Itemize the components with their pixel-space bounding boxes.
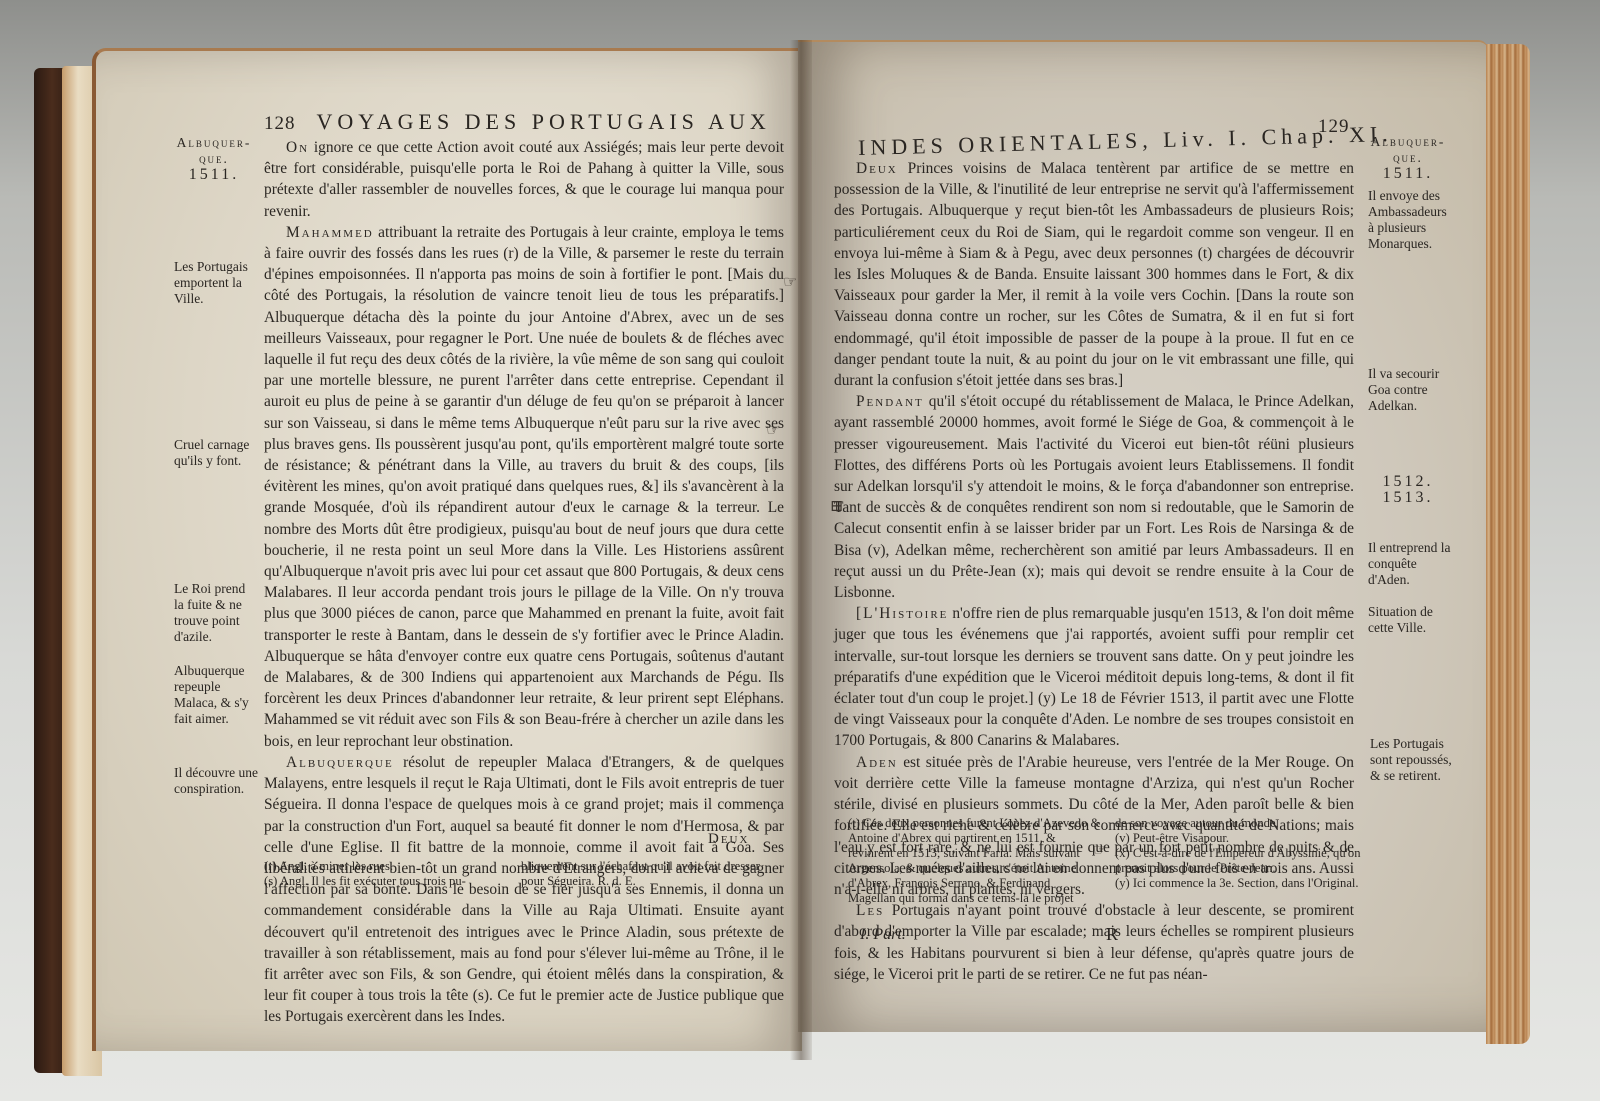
- margin-head-albuquerque: Albuquer- que. 1511.: [172, 135, 256, 183]
- left-running-head: 128 VOYAGES DES PORTUGAIS AUX: [264, 109, 771, 135]
- paragraph: Les Portugais n'ayant point trouvé d'obs…: [834, 900, 1354, 985]
- cross-mark-icon: ⊞: [830, 496, 843, 516]
- right-footnotes: (t) Ces deux personnes furent Lopez d'Az…: [848, 816, 1368, 906]
- right-running-head: INDES ORIENTALES, Liv. I. Chap. XI.: [858, 121, 1393, 161]
- right-page: INDES ORIENTALES, Liv. I. Chap. XI. 129 …: [798, 40, 1488, 1032]
- footnote: bliquement sur l'échafaut qu'il avoit fa…: [521, 859, 764, 889]
- margin-head-albuquerque: Albuquer- que. 1511.: [1366, 134, 1450, 182]
- right-page-edges: [1486, 44, 1530, 1044]
- margin-note: Cruel carnage qu'ils y font.: [174, 437, 258, 469]
- margin-note: Le Roi prend la fuite & ne trouve point …: [174, 581, 258, 645]
- footnote: de son voyage autour du monde.: [1115, 816, 1368, 831]
- paragraph: Deux Princes voisins de Malaca tentèrent…: [834, 158, 1354, 391]
- margin-note: Il entreprend la conquête d'Aden.: [1368, 540, 1452, 588]
- paragraph: [L'Histoire n'offre rien de plus remarqu…: [834, 603, 1354, 751]
- margin-note: Il va secourir Goa contre Adelkan.: [1368, 366, 1452, 414]
- left-body-text: On ignore ce que cette Action avoit cout…: [264, 137, 784, 1028]
- footnote: (t) Ces deux personnes furent Lopez d'Az…: [848, 816, 1101, 906]
- footnote-column: bliquement sur l'échafaut qu'il avoit fa…: [521, 859, 764, 889]
- margin-note: Les Portugais sont repoussés, & se retir…: [1370, 736, 1454, 784]
- footnote-column: de son voyage autour du monde. (v) Peut-…: [1115, 816, 1368, 906]
- footnote: (r) Angl. à miner les rues.: [264, 859, 507, 874]
- left-folio: 128: [264, 113, 296, 134]
- signature-part: I. Part.: [860, 926, 906, 944]
- manicule-icon: ☞: [766, 420, 780, 440]
- manicule-icon: ☞: [1093, 840, 1107, 860]
- paragraph: Albuquerque résolut de repeupler Malaca …: [264, 752, 784, 1028]
- margin-note: Il découvre une conspiration.: [174, 765, 258, 797]
- footnote-column: (r) Angl. à miner les rues. (s) Angl. Il…: [264, 859, 507, 889]
- footnote-column: (t) Ces deux personnes furent Lopez d'Az…: [848, 816, 1101, 906]
- right-folio: 129: [1318, 116, 1350, 138]
- left-footnotes: (r) Angl. à miner les rues. (s) Angl. Il…: [264, 859, 764, 889]
- margin-years: 1512. 1513.: [1366, 474, 1450, 506]
- manicule-icon: ☞: [783, 272, 797, 292]
- footnote: (y) Ici commence la 3e. Section, dans l'…: [1115, 876, 1368, 891]
- footnote: (s) Angl. Il les fit exécuter tous trois…: [264, 874, 507, 889]
- footnote: (v) Peut-être Visapour.: [1115, 831, 1368, 846]
- left-page: 128 VOYAGES DES PORTUGAIS AUX Albuquer- …: [92, 48, 802, 1051]
- book-gutter: [790, 40, 812, 1060]
- right-running-title: INDES ORIENTALES, Liv. I. Chap. XI.: [858, 121, 1393, 160]
- paragraph: Mahammed attribuant la retraite des Port…: [264, 222, 784, 752]
- left-running-title: VOYAGES DES PORTUGAIS AUX: [317, 109, 771, 134]
- margin-note: Il envoye des Ambassadeurs à plusieurs M…: [1368, 188, 1452, 252]
- catchword: Deux: [708, 831, 749, 848]
- margin-note: Situation de cette Ville.: [1368, 604, 1452, 636]
- margin-note: Les Portugais emportent la Ville.: [174, 259, 258, 307]
- footnote: (x) C'est-à-dire de l'Empereur d'Abyssin…: [1115, 846, 1368, 876]
- signature-mark: R: [1106, 924, 1118, 945]
- paragraph: Pendant qu'il s'étoit occupé du rétablis…: [834, 391, 1354, 603]
- margin-note: Albuquerque repeuple Malaca, & s'y fait …: [174, 663, 258, 727]
- paragraph: On ignore ce que cette Action avoit cout…: [264, 137, 784, 222]
